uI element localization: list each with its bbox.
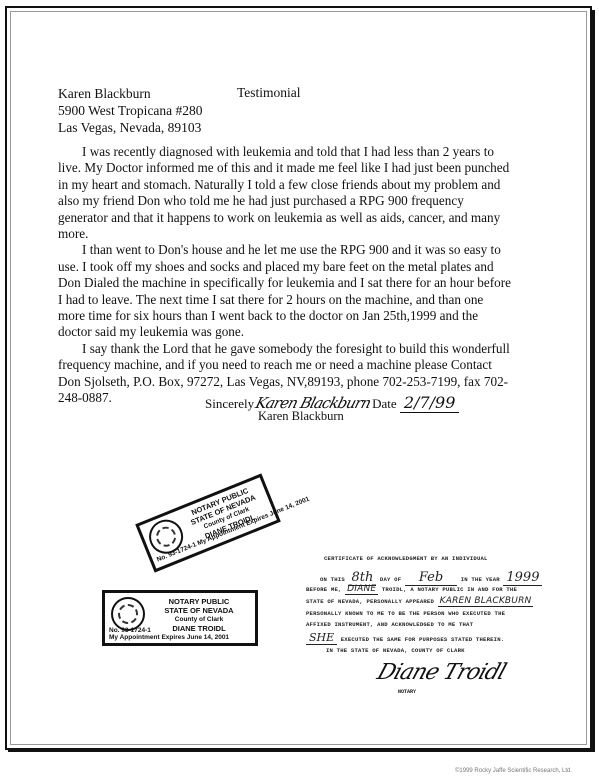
state-seal-icon bbox=[111, 597, 145, 631]
sender-address-line1: 5900 West Tropicana #280 bbox=[58, 102, 203, 119]
notary-signature: Diane Troidl bbox=[374, 660, 509, 685]
cert-text: STATE OF NEVADA, PERSONALLY APPEARED bbox=[306, 598, 434, 605]
copyright-notice: ©1999 Rocky Jaffe Scientific Research, L… bbox=[455, 768, 572, 774]
cert-text: IN THE STATE OF NEVADA, COUNTY OF CLARK bbox=[326, 647, 465, 654]
stamp-line: NOTARY PUBLIC bbox=[149, 597, 249, 606]
letter-body: I was recently diagnosed with leukemia a… bbox=[58, 144, 513, 407]
document-title: Testimonial bbox=[237, 85, 301, 101]
closing: Sincerely bbox=[205, 396, 254, 411]
paragraph: I was recently diagnosed with leukemia a… bbox=[58, 144, 513, 242]
handwritten-date: 2/7/99 bbox=[400, 393, 460, 413]
cert-text: IN THE YEAR bbox=[461, 576, 500, 583]
cert-text: EXECUTED THE SAME FOR PURPOSES STATED TH… bbox=[341, 636, 505, 643]
stamp-line: County of Clark bbox=[149, 615, 249, 624]
cert-text: PERSONALLY KNOWN TO ME TO BE THE PERSON … bbox=[306, 610, 505, 617]
date-label: Date bbox=[372, 396, 397, 411]
cert-text: BEFORE ME, bbox=[306, 586, 342, 593]
handwritten-pronoun: SHE bbox=[306, 631, 337, 645]
cert-text: TROIDL, A NOTARY PUBLIC IN AND FOR THE bbox=[382, 586, 517, 593]
notary-stamp: NOTARY PUBLIC STATE OF NEVADA County of … bbox=[102, 590, 258, 646]
cert-text: DAY OF bbox=[380, 576, 401, 583]
typed-signer-name: Karen Blackburn bbox=[258, 409, 344, 424]
sender-address-block: Karen Blackburn 5900 West Tropicana #280… bbox=[58, 85, 203, 136]
handwritten-notary-name: DIANE bbox=[345, 584, 378, 595]
stamp-expiry: My Appointment Expires June 14, 2001 bbox=[109, 634, 229, 641]
notary-label: NOTARY bbox=[398, 689, 416, 695]
handwritten-appeared-name: KAREN BLACKBURN bbox=[438, 596, 534, 607]
paragraph: I than went to Don's house and he let me… bbox=[58, 242, 513, 340]
cert-text: AFFIXED INSTRUMENT, AND ACKNOWLEDGED TO … bbox=[306, 621, 473, 628]
sender-address-line2: Las Vegas, Nevada, 89103 bbox=[58, 119, 203, 136]
cert-text: ON THIS bbox=[320, 576, 345, 583]
sender-name: Karen Blackburn bbox=[58, 85, 203, 102]
stamp-line: STATE OF NEVADA bbox=[149, 606, 249, 615]
certificate-heading: CERTIFICATE OF ACKNOWLEDGMENT BY AN INDI… bbox=[324, 555, 488, 562]
stamp-number: No. 93-1724-1 bbox=[109, 627, 229, 634]
